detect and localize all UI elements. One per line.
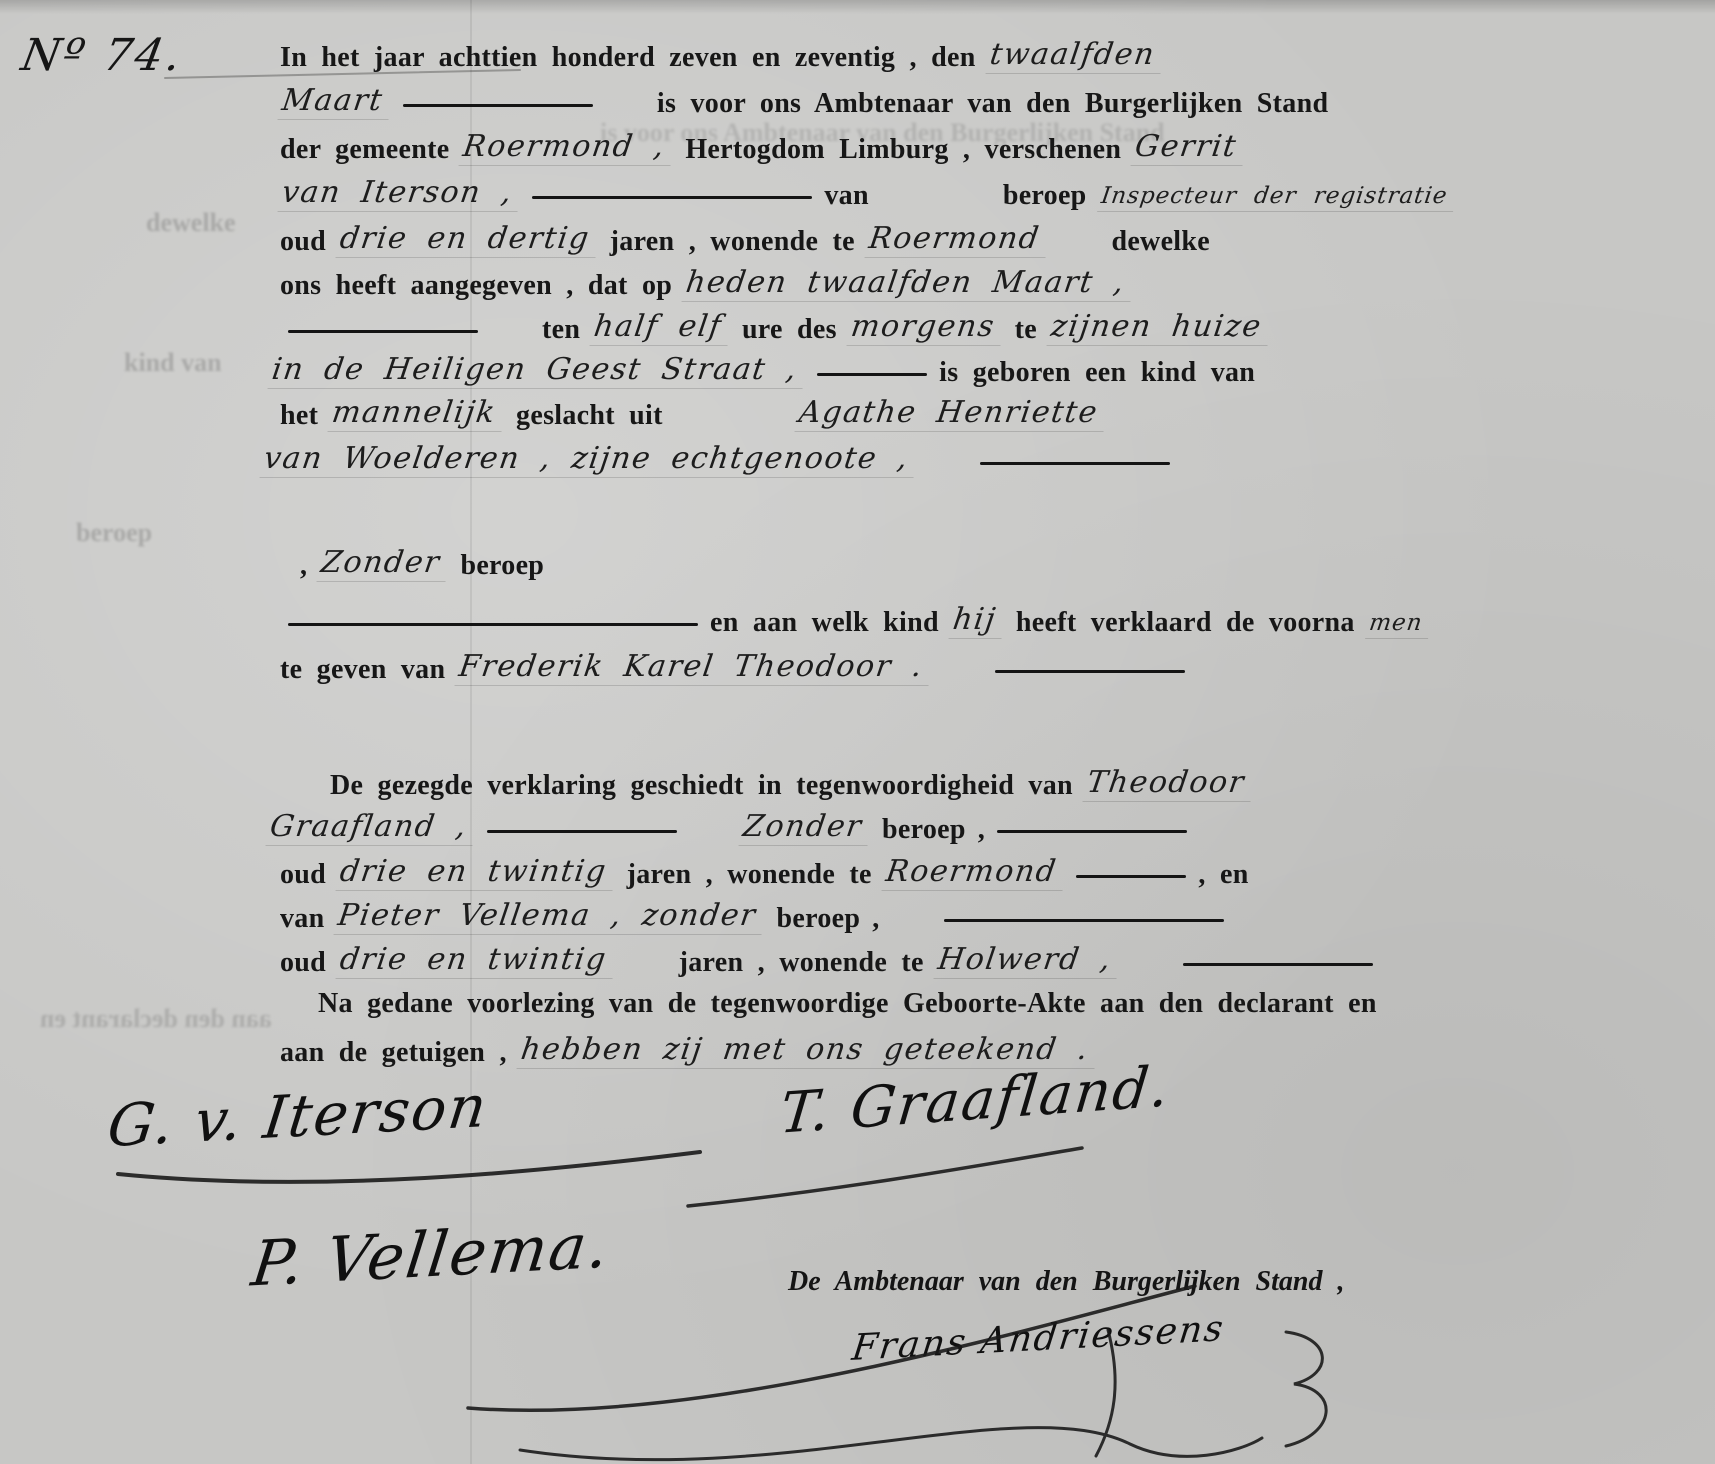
filler-dash (487, 830, 677, 833)
document-line: In het jaar achttien honderd zeven en ze… (280, 38, 1570, 74)
printed-text: Na gedane voorlezing van de tegenwoordig… (318, 988, 1377, 1020)
document-line: ,Zonderberoep (288, 546, 1570, 582)
document-line: vanPieter Vellema , zonderberoep, (280, 899, 1570, 935)
document-line: van Iterson ,vanberoepInspecteur der reg… (280, 176, 1715, 212)
handwritten-entry: Graafland , (265, 810, 477, 846)
printed-text: het (280, 400, 318, 432)
printed-text: De gezegde verklaring geschiedt in tegen… (330, 770, 1073, 802)
printed-text: geslacht uit (516, 400, 663, 432)
document-line: in de Heiligen Geest Straat ,is geboren … (270, 353, 1570, 389)
document-line: ouddrie en twintigjaren , wonende teHolw… (280, 943, 1570, 979)
printed-text: heeft verklaard de voorna (1016, 607, 1355, 639)
handwritten-entry: twaalfden (985, 38, 1165, 74)
handwritten-entry: Roermond (881, 855, 1067, 891)
filler-dash (1076, 875, 1186, 878)
document-line: te geven vanFrederik Karel Theodoor . (280, 650, 1540, 686)
filler-dash (944, 919, 1224, 922)
filler-dash (403, 104, 593, 107)
printed-text: aan de getuigen , (280, 1037, 507, 1069)
document-line: van Woelderen , zijne echtgenoote , (262, 442, 1562, 478)
printed-text: , (872, 903, 879, 935)
officer-title: De Ambtenaar van den Burgerlijken Stand … (788, 1266, 1344, 1298)
document-line: Graafland ,Zonderberoep, (268, 810, 1560, 846)
printed-text: oud (280, 947, 326, 979)
printed-text: oud (280, 859, 326, 891)
handwritten-entry: morgens (846, 310, 1005, 346)
bleed-through-text: beroep (76, 518, 152, 548)
document-line: ons heeft aangegeven , dat opheden twaal… (280, 266, 1570, 302)
printed-text: van (280, 903, 324, 935)
document-line: en aan welk kindhijheeft verklaard de vo… (288, 603, 1688, 639)
printed-text: is voor ons Ambtenaar van den Burgerlijk… (657, 88, 1328, 120)
bleed-through-text: dewelke (146, 208, 236, 238)
printed-text: is geboren een kind van (939, 357, 1255, 389)
printed-text: der gemeente (280, 134, 449, 166)
document-line: ouddrie en twintigjaren , wonende teRoer… (280, 855, 1570, 891)
printed-text: In het jaar achttien honderd zeven en ze… (280, 42, 976, 74)
handwritten-entry: Zonder (738, 810, 872, 846)
filler-dash (980, 462, 1170, 465)
handwritten-entry: drie en twintig (336, 855, 618, 891)
document-line: Na gedane voorlezing van de tegenwoordig… (318, 988, 1570, 1020)
document-line: ouddrie en dertigjaren , wonende teRoerm… (280, 222, 1570, 258)
handwritten-entry: Inspecteur der registratie (1097, 184, 1457, 212)
handwritten-entry: van Woelderen , zijne echtgenoote , (259, 442, 918, 478)
printed-text: en aan welk kind (710, 607, 939, 639)
filler-dash (532, 196, 812, 199)
document-line: De gezegde verklaring geschiedt in tegen… (330, 766, 1570, 802)
handwritten-entry: Zonder (317, 546, 451, 582)
handwritten-entry: hij (948, 603, 1006, 639)
printed-text: oud (280, 226, 326, 258)
filler-dash (288, 330, 478, 333)
handwritten-entry: heden twaalfden Maart , (682, 266, 1136, 302)
printed-text: van (824, 180, 868, 212)
filler-dash (288, 623, 698, 626)
handwritten-entry: Theodoor (1082, 766, 1255, 802)
printed-text: te geven van (280, 654, 445, 686)
handwritten-entry: Agathe Henriette (794, 396, 1108, 432)
handwritten-entry: in de Heiligen Geest Straat , (267, 353, 807, 389)
birth-certificate-scan: { "page": { "act_number": "Nº 74.", "off… (0, 0, 1715, 1464)
signature-p-vellema: P. Vellema. (248, 1208, 615, 1300)
printed-text: , (978, 814, 985, 846)
filler-dash (995, 670, 1185, 673)
handwritten-entry: Maart (277, 84, 393, 120)
bleed-through-text: is voor ons Ambtenaar van den Burgerlijk… (600, 118, 1165, 148)
signature-ambtenaar: Frans Andriessens (850, 1308, 1228, 1369)
printed-text: jaren , wonende te (627, 859, 872, 891)
handwritten-entry: drie en dertig (336, 222, 601, 258)
printed-text: jaren , wonende te (679, 947, 924, 979)
filler-dash (997, 830, 1187, 833)
act-number: Nº 74. (18, 30, 188, 81)
handwritten-entry: mannelijk (328, 396, 507, 432)
filler-dash (1183, 963, 1373, 966)
document-line: aan de getuigen ,hebben zij met ons gete… (280, 1033, 1570, 1069)
printed-text: beroep (882, 814, 966, 846)
printed-text: dewelke (1111, 226, 1210, 258)
printed-text: ons heeft aangegeven , dat op (280, 270, 672, 302)
printed-text: beroep (777, 903, 861, 935)
printed-text: jaren , wonende te (610, 226, 855, 258)
printed-text: , (300, 550, 307, 582)
handwritten-entry: Frederik Karel Theodoor . (455, 650, 934, 686)
handwritten-entry: drie en twintig (336, 943, 618, 979)
printed-text: ten (542, 314, 580, 346)
bleed-through-text: kind van (124, 348, 222, 378)
document-line: tenhalf elfure desmorgenstezijnen huize (288, 310, 1570, 346)
printed-text: beroep (1003, 180, 1087, 212)
handwritten-entry: Roermond (864, 222, 1050, 258)
handwritten-entry: van Iterson , (277, 176, 522, 212)
handwritten-entry: hebben zij met ons geteekend . (516, 1033, 1099, 1069)
printed-text: te (1015, 314, 1037, 346)
filler-dash (817, 373, 927, 376)
handwritten-entry: men (1365, 611, 1432, 639)
handwritten-entry: Holwerd , (933, 943, 1121, 979)
handwritten-entry: half elf (590, 310, 733, 346)
handwritten-entry: zijnen huize (1046, 310, 1272, 346)
handwritten-entry: Pieter Vellema , zonder (334, 899, 767, 935)
document-line (760, 716, 1560, 732)
document-line: Maartis voor ons Ambtenaar van den Burge… (280, 84, 1570, 120)
signature-g-v-iterson: G. v. Iterson (104, 1072, 492, 1160)
printed-text: , en (1198, 859, 1248, 891)
printed-text: beroep (460, 550, 544, 582)
printed-text: ure des (742, 314, 837, 346)
bleed-through-text: aan den declarant en (40, 1004, 272, 1034)
document-line: hetmannelijkgeslacht uitAgathe Henriette (280, 396, 1570, 432)
